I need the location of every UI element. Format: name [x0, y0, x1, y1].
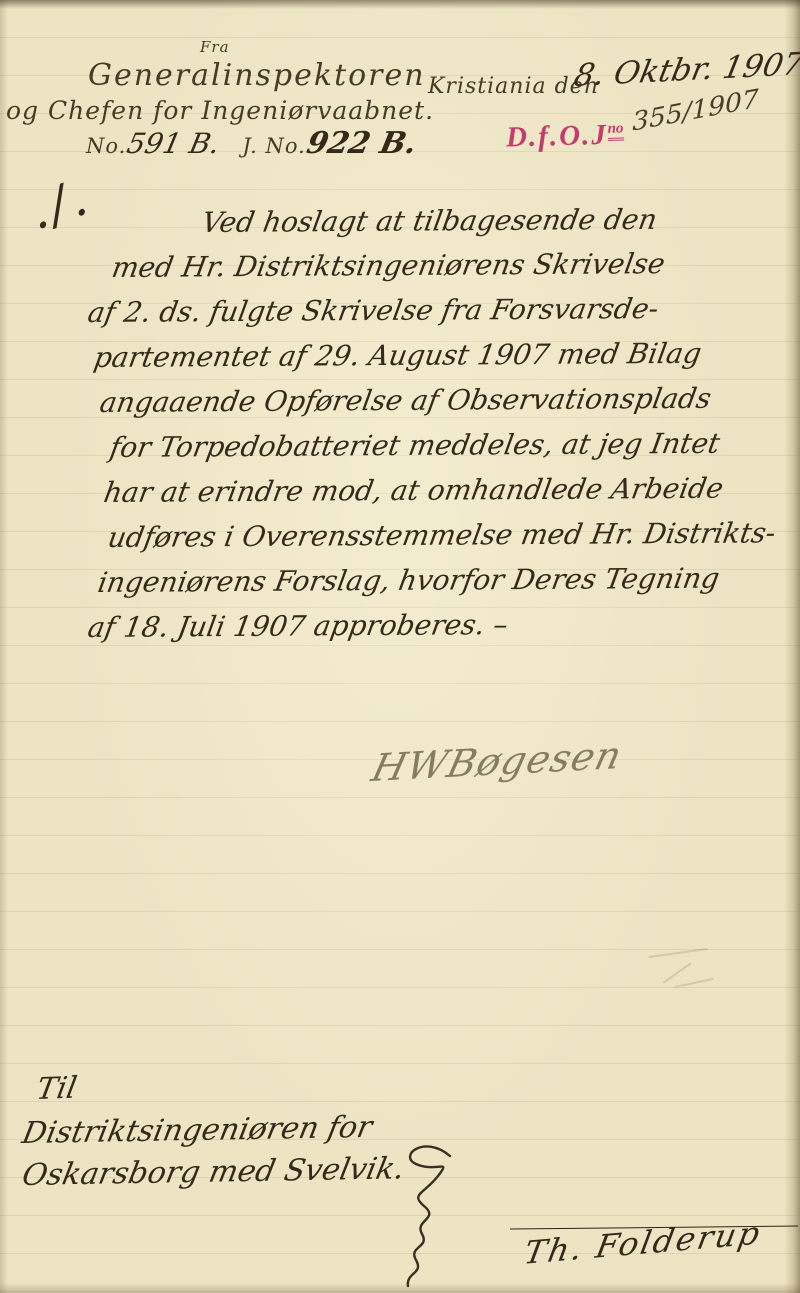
journal-stamp-number: 355/1907 — [632, 84, 759, 137]
body-line: Ved hoslagt at tilbagesende den — [198, 196, 788, 245]
journal-stamp: D.f.O.Jno — [506, 118, 624, 154]
enclosure-mark: ./. — [22, 167, 98, 241]
letterhead-name: Generalinspektoren — [88, 58, 426, 93]
no-label: No. — [86, 134, 126, 158]
letter-page: Fra Generalinspektoren og Chefen for Ing… — [0, 0, 800, 1293]
letterhead-fra: Fra — [200, 38, 230, 56]
recipient-line1: Distriktsingeniøren for — [19, 1110, 375, 1151]
journal-stamp-sup: no — [607, 121, 623, 141]
body-line: ingeniørens Forslag, hvorfor Deres Tegni… — [94, 555, 788, 605]
body-line: for Torpedobatteriet meddeles, at jeg In… — [106, 420, 788, 470]
body-line: af 2. ds. fulgte Skrivelse fra Forsvarsd… — [84, 285, 788, 335]
body-line: med Hr. Distriktsingeniørens Skrivelse — [108, 240, 788, 290]
ink-flourish — [396, 1142, 458, 1290]
recipient-line2: Oskarsborg med Svelvik. — [19, 1151, 407, 1193]
body-line: har at erindre mod, at omhandlede Arbeid… — [100, 465, 788, 515]
dateline-date: 8. Oktbr. 1907. — [571, 46, 800, 94]
jno-label: J. No. — [242, 134, 305, 158]
jno-value: 922 B. — [303, 126, 419, 161]
body-line: partementet af 29. August 1907 med Bilag — [90, 330, 788, 380]
faint-pencil-scribble — [648, 938, 738, 998]
journal-stamp-text: D.f.O.J — [506, 119, 609, 154]
ink-signature: Th. Folderup — [521, 1214, 764, 1272]
body-line: af 18. Juli 1907 approberes. – — [84, 600, 788, 650]
journal-number-line: No. 591 B. J. No. 922 B. — [86, 126, 420, 161]
pencil-signature: HWBøgesen — [368, 733, 627, 790]
body-line: udføres i Overensstemmelse med Hr. Distr… — [104, 510, 788, 560]
body-line: angaaende Opførelse af Observationsplads — [96, 375, 788, 425]
recipient-to: Til — [34, 1071, 80, 1107]
letter-body: Ved hoslagt at tilbagesende den med Hr. … — [88, 200, 788, 650]
letterhead-title: og Chefen for Ingeniørvaabnet. — [6, 96, 434, 125]
no-value: 591 B. — [124, 127, 223, 160]
